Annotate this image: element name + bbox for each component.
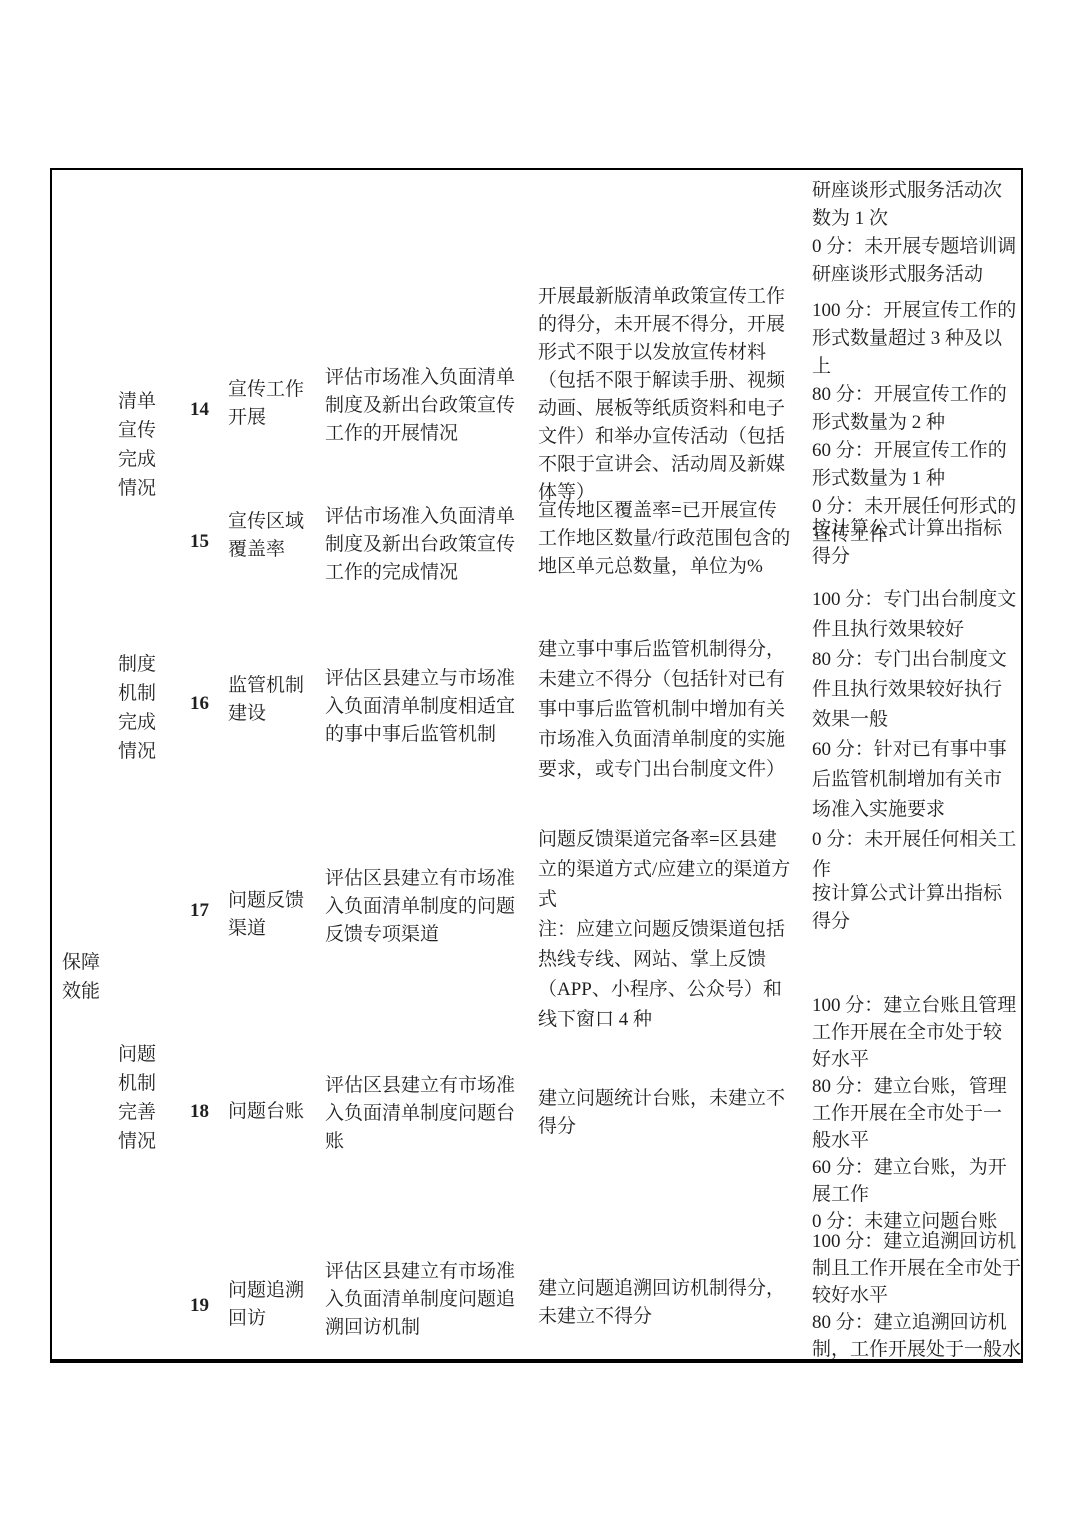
row-16-criteria: 100 分：专门出台制度文件且执行效果较好 80 分：专门出台制度文件且执行效果… [812,585,1018,885]
category-cell: 保障 效能 [62,948,110,1006]
row-14-name: 宣传工作开展 [228,376,320,432]
row-19-name: 问题追溯回访 [228,1277,320,1333]
row-14-description: 评估市场准入负面清单制度及新出台政策宣传工作的开展情况 [325,364,525,448]
row-18-description: 评估区县建立有市场准入负面清单制度问题台账 [325,1072,525,1156]
row-17-description: 评估区县建立有市场准入负面清单制度的问题反馈专项渠道 [325,865,525,949]
row-15-description: 评估市场准入负面清单制度及新出台政策宣传工作的完成情况 [325,503,525,587]
row-15-name: 宣传区域覆盖率 [228,508,320,564]
row-19-criteria: 100 分：建立追溯回访机制且工作开展在全市处于较好水平 80 分：建立追溯回访… [812,1228,1022,1363]
row-16-scoring: 建立事中事后监管机制得分，未建立不得分（包括针对已有事中事后监管机制中增加有关市… [538,635,795,785]
row-19-description: 评估区县建立有市场准入负面清单制度问题追溯回访机制 [325,1258,525,1342]
group-cell-list-promotion: 清单 宣传 完成 情况 [118,387,174,503]
document-page: { "colors": { "page_bg": "#ffffff", "tex… [0,0,1074,1520]
row-18-scoring: 建立问题统计台账，未建立不得分 [538,1085,795,1141]
row-17-name: 问题反馈渠道 [228,887,320,943]
row-19-scoring: 建立问题追溯回访机制得分，未建立不得分 [538,1275,795,1331]
row-15-scoring: 宣传地区覆盖率=已开展宣传工作地区数量/行政范围包含的地区单元总数量，单位为% [538,497,795,581]
indicator-table: 保障 效能 研座谈形式服务活动次数为 1 次 0 分：未开展专题培训调研座谈形式… [50,168,1023,1363]
row-15-criteria: 按计算公式计算出指标得分 [812,515,1018,571]
row-16-description: 评估区县建立与市场准入负面清单制度相适宜的事中事后监管机制 [325,665,525,749]
row-14-scoring: 开展最新版清单政策宣传工作的得分，未开展不得分，开展形式不限于以发放宣传材料（包… [538,283,795,507]
criteria-continuation-text: 研座谈形式服务活动次数为 1 次 0 分：未开展专题培训调研座谈形式服务活动 [812,177,1018,289]
row-18-name: 问题台账 [228,1098,320,1126]
row-16-name: 监管机制建设 [228,672,320,728]
row-17-scoring: 问题反馈渠道完备率=区县建立的渠道方式/应建立的渠道方式 注：应建立问题反馈渠道… [538,825,795,1035]
group-cell-problem-mechanism: 问题 机制 完善 情况 [118,1040,174,1156]
row-17-criteria: 按计算公式计算出指标得分 [812,880,1018,936]
row-18-criteria: 100 分：建立台账且管理工作开展在全市处于较好水平 80 分：建立台账，管理工… [812,992,1018,1235]
row-14-criteria: 100 分：开展宣传工作的形式数量超过 3 种及以上 80 分：开展宣传工作的形… [812,297,1018,549]
group-cell-system-mechanism: 制度 机制 完成 情况 [118,650,174,766]
